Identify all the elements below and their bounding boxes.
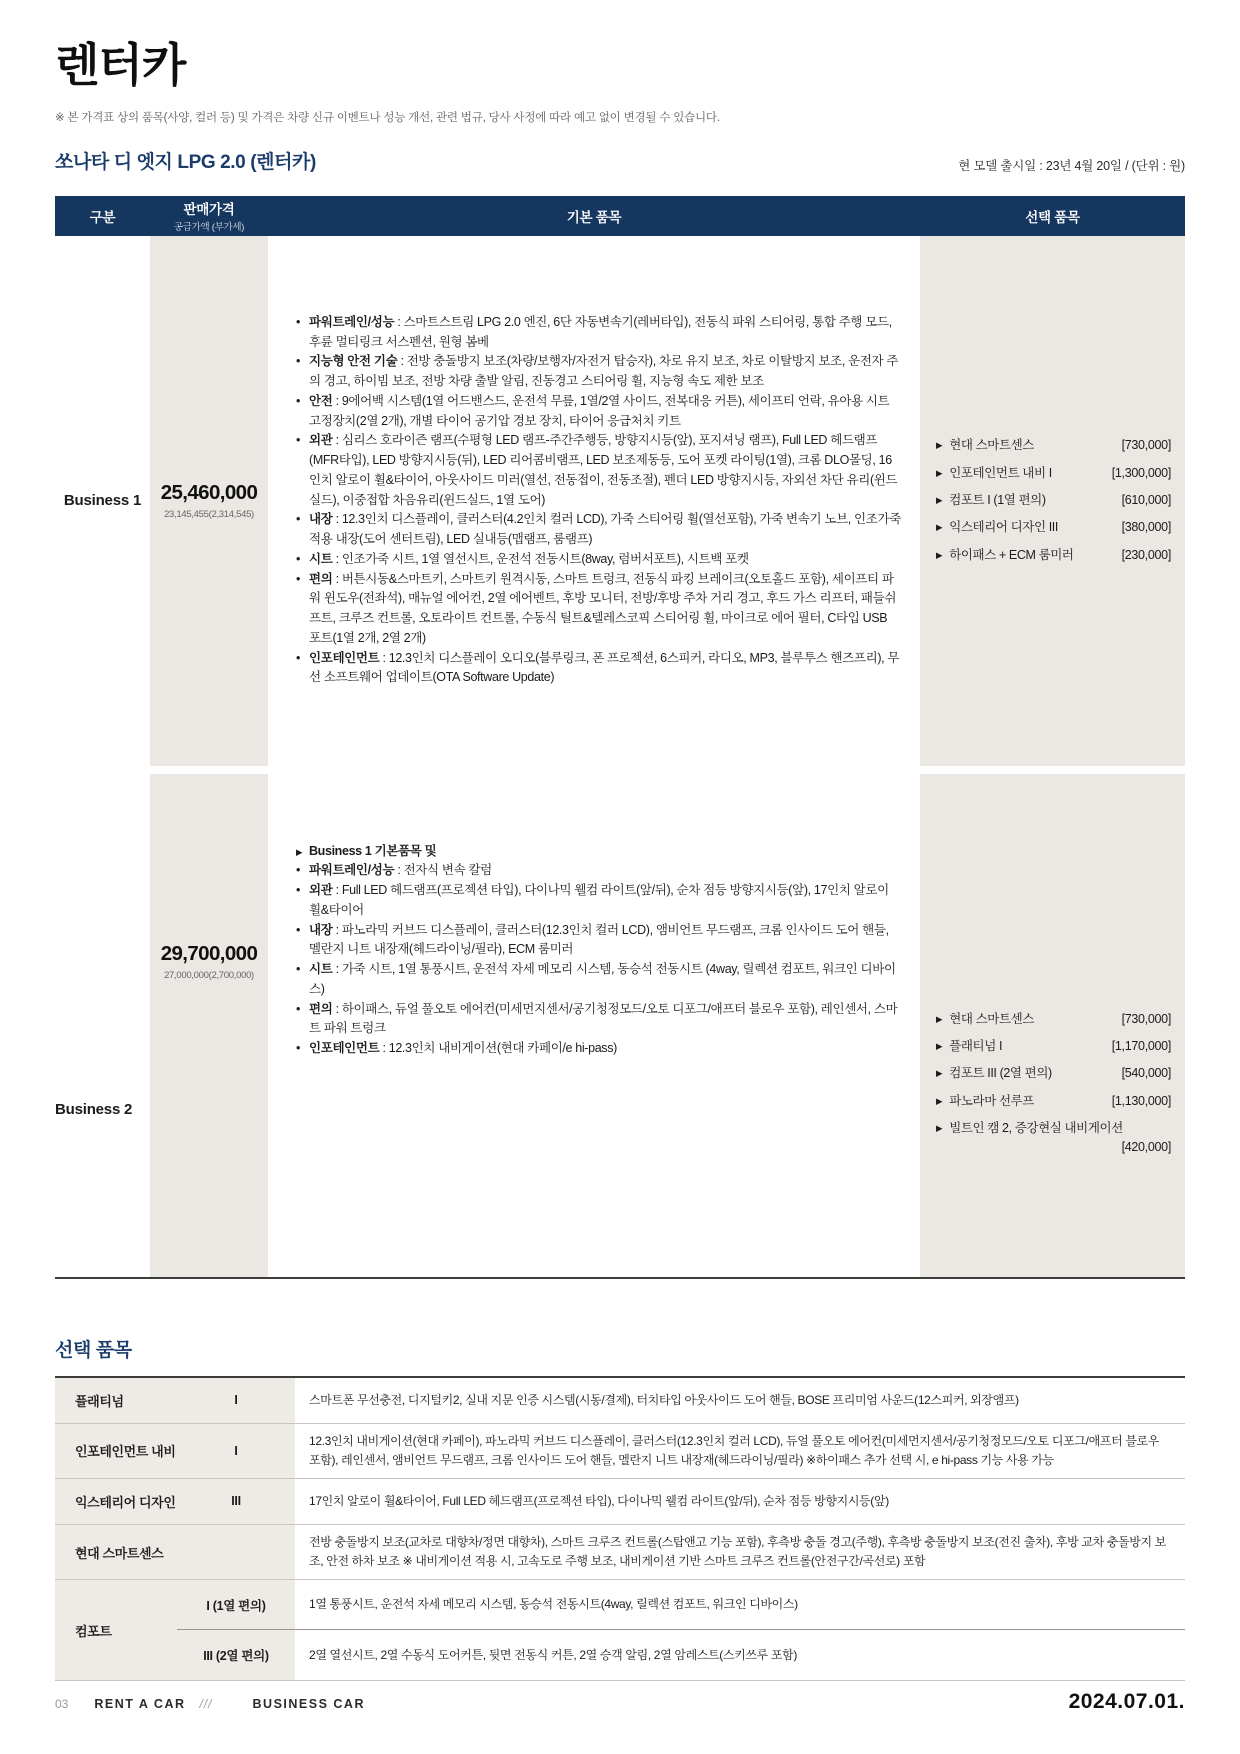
plan-row: Business 229,700,00027,000,000(2,700,000… bbox=[55, 774, 1185, 1277]
dot-bullet-icon: • bbox=[296, 1039, 300, 1059]
spec-row: 인포테인먼트 내비I12.3인치 내비게이션(현대 카페이), 파노라믹 커브드… bbox=[55, 1424, 1185, 1479]
feature-label: 편의 bbox=[309, 572, 332, 586]
triangle-bullet-icon: ▶ bbox=[936, 521, 942, 534]
option-label: 컴포트 I (1열 편의) bbox=[949, 491, 1045, 510]
triangle-bullet-icon: ▶ bbox=[936, 1095, 942, 1108]
option-label: 빌트인 캠 2, 증강현실 내비게이션 bbox=[949, 1119, 1123, 1138]
spec-row: 현대 스마트센스전방 충돌방지 보조(교차로 대향차/정면 대향차), 스마트 … bbox=[55, 1525, 1185, 1580]
feature-text: : 인조가죽 시트, 1열 열선시트, 운전석 전동시트(8way, 럼버서포트… bbox=[332, 552, 748, 566]
triangle-bullet-icon: ▶ bbox=[936, 467, 942, 480]
feature-label: 외관 bbox=[309, 883, 332, 897]
feature-label: 편의 bbox=[309, 1002, 332, 1016]
option-label: 인포테인먼트 내비 I bbox=[949, 464, 1052, 483]
feature-text: : Full LED 헤드램프(프로젝션 타입), 다이나믹 웰컴 라이트(앞/… bbox=[309, 883, 889, 917]
dot-bullet-icon: • bbox=[296, 392, 300, 412]
spec-desc: 17인치 알로이 휠&타이어, Full LED 헤드램프(프로젝션 타입), … bbox=[295, 1479, 1185, 1524]
dot-bullet-icon: • bbox=[296, 570, 300, 590]
feature-item: •안전 : 9에어백 시스템(1열 어드밴스드, 운전석 무릎, 1열/2열 사… bbox=[296, 392, 902, 432]
base-items-cell: ▶Business 1 기본품목 및•파워트레인/성능 : 전자식 변속 칼럼•… bbox=[268, 774, 920, 1277]
spec-name: 플래티넘 bbox=[55, 1378, 177, 1423]
option-price: [1,300,000] bbox=[1112, 464, 1171, 483]
spec-name: 현대 스마트센스 bbox=[55, 1525, 177, 1579]
spec-grade: III bbox=[177, 1479, 295, 1524]
feature-text: : 12.3인치 디스플레이 오디오(블루링크, 폰 프로젝션, 6스피커, 라… bbox=[309, 651, 899, 685]
option-label: 현대 스마트센스 bbox=[949, 436, 1034, 455]
option-label: 현대 스마트센스 bbox=[949, 1010, 1034, 1029]
feature-label: 인포테인먼트 bbox=[309, 651, 379, 665]
feature-text: : 하이패스, 듀얼 풀오토 에어컨(미세먼지센서/공기청정모드/오토 디포그/… bbox=[309, 1002, 897, 1036]
option-label: 플래티넘 I bbox=[949, 1037, 1002, 1056]
dot-bullet-icon: • bbox=[296, 1000, 300, 1020]
spec-row: 플래티넘I스마트폰 무선충전, 디지털키2, 실내 지문 인증 시스템(시동/결… bbox=[55, 1378, 1185, 1424]
option-detail-table: 플래티넘I스마트폰 무선충전, 디지털키2, 실내 지문 인증 시스템(시동/결… bbox=[55, 1376, 1185, 1682]
triangle-bullet-icon: ▶ bbox=[936, 1013, 942, 1026]
feature-label: 지능형 안전 기술 bbox=[309, 354, 397, 368]
option-label: 파노라마 선루프 bbox=[949, 1092, 1034, 1111]
feature-item: •인포테인먼트 : 12.3인치 디스플레이 오디오(블루링크, 폰 프로젝션,… bbox=[296, 649, 902, 689]
dot-bullet-icon: • bbox=[296, 921, 300, 941]
feature-label: 파워트레인/성능 bbox=[309, 863, 394, 877]
dot-bullet-icon: • bbox=[296, 313, 300, 333]
plan-price-supply: 27,000,000(2,700,000) bbox=[164, 970, 254, 981]
header-price: 판매가격 공급가액 (부가세) bbox=[150, 196, 268, 236]
dot-bullet-icon: • bbox=[296, 881, 300, 901]
option-item: ▶하이패스 + ECM 룸미러[230,000] bbox=[936, 546, 1171, 565]
option-item: ▶플래티넘 I[1,170,000] bbox=[936, 1037, 1171, 1056]
option-items-cell: ▶현대 스마트센스[730,000]▶인포테인먼트 내비 I[1,300,000… bbox=[920, 236, 1185, 766]
footer-date: 2024.07.01. bbox=[1069, 1690, 1185, 1714]
spec-desc: 전방 충돌방지 보조(교차로 대향차/정면 대향차), 스마트 크루즈 컨트롤(… bbox=[295, 1525, 1185, 1579]
dot-bullet-icon: • bbox=[296, 960, 300, 980]
plan-price-cell: 25,460,00023,145,455(2,314,545) bbox=[150, 236, 268, 766]
feature-label: 인포테인먼트 bbox=[309, 1041, 379, 1055]
spec-row-comfort: 컴포트I (1열 편의)1열 통풍시트, 운전석 자세 메모리 시스템, 동승석… bbox=[55, 1580, 1185, 1681]
plan-price: 25,460,000 bbox=[161, 481, 258, 505]
plan-row: Business 125,460,00023,145,455(2,314,545… bbox=[55, 236, 1185, 766]
feature-text: : 전방 충돌방지 보조(차량/보행자/자전거 탑승자), 차로 유지 보조, … bbox=[309, 354, 898, 388]
feature-item: •편의 : 버튼시동&스마트키, 스마트키 원격시동, 스마트 트렁크, 전동식… bbox=[296, 570, 902, 649]
feature-item: •시트 : 인조가죽 시트, 1열 열선시트, 운전석 전동시트(8way, 럼… bbox=[296, 550, 902, 570]
option-price: [230,000] bbox=[1122, 546, 1171, 565]
plan-price: 29,700,000 bbox=[161, 942, 258, 966]
option-item: ▶컴포트 III (2열 편의)[540,000] bbox=[936, 1064, 1171, 1083]
feature-label: Business 1 기본품목 및 bbox=[309, 844, 436, 858]
triangle-bullet-icon: ▶ bbox=[296, 846, 302, 859]
feature-item: •내장 : 파노라믹 커브드 디스플레이, 클러스터(12.3인치 컬러 LCD… bbox=[296, 921, 902, 961]
feature-item: •편의 : 하이패스, 듀얼 풀오토 에어컨(미세먼지센서/공기청정모드/오토 … bbox=[296, 1000, 902, 1040]
triangle-bullet-icon: ▶ bbox=[936, 439, 942, 452]
option-item: ▶파노라마 선루프[1,130,000] bbox=[936, 1092, 1171, 1111]
spec-row: 익스테리어 디자인III17인치 알로이 휠&타이어, Full LED 헤드램… bbox=[55, 1479, 1185, 1525]
spec-name: 인포테인먼트 내비 bbox=[55, 1424, 177, 1478]
feature-text: : 가죽 시트, 1열 통풍시트, 운전석 자세 메모리 시스템, 동승석 전동… bbox=[309, 962, 896, 996]
triangle-bullet-icon: ▶ bbox=[936, 1122, 942, 1135]
feature-item: •시트 : 가죽 시트, 1열 통풍시트, 운전석 자세 메모리 시스템, 동승… bbox=[296, 960, 902, 1000]
feature-item: ▶Business 1 기본품목 및 bbox=[296, 842, 902, 862]
feature-item: •파워트레인/성능 : 전자식 변속 칼럼 bbox=[296, 861, 902, 881]
option-price: [380,000] bbox=[1122, 518, 1171, 537]
feature-text: : 버튼시동&스마트키, 스마트키 원격시동, 스마트 트렁크, 전동식 파킹 … bbox=[309, 572, 896, 645]
triangle-bullet-icon: ▶ bbox=[936, 1040, 942, 1053]
feature-text: : 12.3인치 내비게이션(현대 카페이/e hi-pass) bbox=[379, 1041, 617, 1055]
option-label: 익스테리어 디자인 III bbox=[949, 518, 1058, 537]
dot-bullet-icon: • bbox=[296, 352, 300, 372]
plan-name: Business 2 bbox=[55, 774, 150, 1277]
triangle-bullet-icon: ▶ bbox=[936, 549, 942, 562]
spec-desc: 2열 열선시트, 2열 수동식 도어커튼, 뒷면 전동식 커튼, 2열 승객 알… bbox=[295, 1630, 1185, 1680]
feature-label: 외관 bbox=[309, 433, 332, 447]
header-gubun: 구분 bbox=[55, 196, 150, 236]
feature-label: 파워트레인/성능 bbox=[309, 315, 394, 329]
feature-item: •인포테인먼트 : 12.3인치 내비게이션(현대 카페이/e hi-pass) bbox=[296, 1039, 902, 1059]
page-footer: 03 RENT A CAR /// BUSINESS CAR 2024.07.0… bbox=[55, 1690, 1185, 1714]
spec-grade: I bbox=[177, 1378, 295, 1423]
dot-bullet-icon: • bbox=[296, 550, 300, 570]
feature-item: •내장 : 12.3인치 디스플레이, 클러스터(4.2인치 컬러 LCD), … bbox=[296, 510, 902, 550]
triangle-bullet-icon: ▶ bbox=[936, 494, 942, 507]
option-price: [730,000] bbox=[1122, 436, 1171, 455]
rental-price-sheet: 렌터카 ※ 본 가격표 상의 품목(사양, 컬러 등) 및 가격은 차량 신규 … bbox=[0, 0, 1240, 1754]
spec-desc: 스마트폰 무선충전, 디지털키2, 실내 지문 인증 시스템(시동/결제), 터… bbox=[295, 1378, 1185, 1423]
spec-desc: 12.3인치 내비게이션(현대 카페이), 파노라믹 커브드 디스플레이, 클러… bbox=[295, 1424, 1185, 1478]
option-price: [1,130,000] bbox=[1112, 1092, 1171, 1111]
page-title: 렌터카 bbox=[55, 40, 1185, 91]
feature-item: •파워트레인/성능 : 스마트스트림 LPG 2.0 엔진, 6단 자동변속기(… bbox=[296, 313, 902, 353]
plan-price-supply: 23,145,455(2,314,545) bbox=[164, 509, 254, 520]
feature-text: : 심리스 호라이즌 램프(수평형 LED 램프-주간주행등, 방향지시등(앞)… bbox=[309, 433, 897, 506]
spec-name: 익스테리어 디자인 bbox=[55, 1479, 177, 1524]
feature-item: •외관 : 심리스 호라이즌 램프(수평형 LED 램프-주간주행등, 방향지시… bbox=[296, 431, 902, 510]
price-table-header: 구분 판매가격 공급가액 (부가세) 기본 품목 선택 품목 bbox=[55, 196, 1185, 236]
feature-label: 내장 bbox=[309, 512, 332, 526]
feature-label: 시트 bbox=[309, 552, 332, 566]
footer-separator: /// bbox=[200, 1697, 213, 1711]
footer-rent-a-car: RENT A CAR bbox=[94, 1697, 185, 1711]
spec-desc: 1열 통풍시트, 운전석 자세 메모리 시스템, 동승석 전동시트(4way, … bbox=[295, 1580, 1185, 1630]
base-items-cell: •파워트레인/성능 : 스마트스트림 LPG 2.0 엔진, 6단 자동변속기(… bbox=[268, 236, 920, 766]
option-price: [420,000] bbox=[1122, 1138, 1171, 1157]
option-section-title: 선택 품목 bbox=[55, 1335, 1185, 1362]
model-title: 쏘나타 디 엣지 LPG 2.0 (렌터카) bbox=[55, 147, 316, 174]
spec-name: 컴포트 bbox=[55, 1580, 177, 1680]
option-item: ▶인포테인먼트 내비 I[1,300,000] bbox=[936, 464, 1171, 483]
spec-grade: III (2열 편의) bbox=[177, 1630, 295, 1680]
spec-grade: I (1열 편의) bbox=[177, 1580, 295, 1630]
option-item: ▶빌트인 캠 2, 증강현실 내비게이션[420,000] bbox=[936, 1119, 1171, 1158]
release-info: 현 모델 출시일 : 23년 4월 20일 / (단위 : 원) bbox=[958, 156, 1185, 174]
feature-text: : 전자식 변속 칼럼 bbox=[394, 863, 492, 877]
feature-item: •지능형 안전 기술 : 전방 충돌방지 보조(차량/보행자/자전거 탑승자),… bbox=[296, 352, 902, 392]
option-item: ▶현대 스마트센스[730,000] bbox=[936, 436, 1171, 455]
feature-text: : 파노라믹 커브드 디스플레이, 클러스터(12.3인치 컬러 LCD), 앰… bbox=[309, 923, 889, 957]
option-label: 컴포트 III (2열 편의) bbox=[949, 1064, 1052, 1083]
feature-label: 안전 bbox=[309, 394, 332, 408]
triangle-bullet-icon: ▶ bbox=[936, 1067, 942, 1080]
header-base-items: 기본 품목 bbox=[268, 196, 920, 236]
option-price: [730,000] bbox=[1122, 1010, 1171, 1029]
option-price: [540,000] bbox=[1122, 1064, 1171, 1083]
option-item: ▶현대 스마트센스[730,000] bbox=[936, 1010, 1171, 1029]
disclaimer-note: ※ 본 가격표 상의 품목(사양, 컬러 등) 및 가격은 차량 신규 이벤트나… bbox=[55, 109, 1185, 125]
option-price: [610,000] bbox=[1122, 491, 1171, 510]
feature-item: •외관 : Full LED 헤드램프(프로젝션 타입), 다이나믹 웰컴 라이… bbox=[296, 881, 902, 921]
plan-price-cell: 29,700,00027,000,000(2,700,000) bbox=[150, 774, 268, 1277]
option-item: ▶컴포트 I (1열 편의)[610,000] bbox=[936, 491, 1171, 510]
option-item: ▶익스테리어 디자인 III[380,000] bbox=[936, 518, 1171, 537]
price-table-body: Business 125,460,00023,145,455(2,314,545… bbox=[55, 236, 1185, 1277]
feature-label: 내장 bbox=[309, 923, 332, 937]
model-section-head: 쏘나타 디 엣지 LPG 2.0 (렌터카) 현 모델 출시일 : 23년 4월… bbox=[55, 147, 1185, 174]
dot-bullet-icon: • bbox=[296, 649, 300, 669]
feature-label: 시트 bbox=[309, 962, 332, 976]
plan-name: Business 1 bbox=[55, 236, 150, 766]
header-price-sub: 공급가액 (부가세) bbox=[174, 219, 244, 233]
header-option-items: 선택 품목 bbox=[920, 196, 1185, 236]
option-label: 하이패스 + ECM 룸미러 bbox=[949, 546, 1073, 565]
content-area: 렌터카 ※ 본 가격표 상의 품목(사양, 컬러 등) 및 가격은 차량 신규 … bbox=[0, 0, 1240, 1681]
dot-bullet-icon: • bbox=[296, 431, 300, 451]
dot-bullet-icon: • bbox=[296, 510, 300, 530]
dot-bullet-icon: • bbox=[296, 861, 300, 881]
feature-text: : 12.3인치 디스플레이, 클러스터(4.2인치 컬러 LCD), 가죽 스… bbox=[309, 512, 901, 546]
feature-text: : 스마트스트림 LPG 2.0 엔진, 6단 자동변속기(레버타입), 전동식… bbox=[309, 315, 892, 349]
feature-text: : 9에어백 시스템(1열 어드밴스드, 운전석 무릎, 1열/2열 사이드, … bbox=[309, 394, 889, 428]
footer-business-car: BUSINESS CAR bbox=[253, 1697, 365, 1711]
price-table: 구분 판매가격 공급가액 (부가세) 기본 품목 선택 품목 Business … bbox=[55, 196, 1185, 1279]
spec-grade: I bbox=[177, 1424, 295, 1478]
spec-grade bbox=[177, 1525, 295, 1579]
page-number: 03 bbox=[55, 1697, 68, 1711]
option-items-cell: ▶현대 스마트센스[730,000]▶플래티넘 I[1,170,000]▶컴포트… bbox=[920, 774, 1185, 1277]
option-price: [1,170,000] bbox=[1112, 1037, 1171, 1056]
